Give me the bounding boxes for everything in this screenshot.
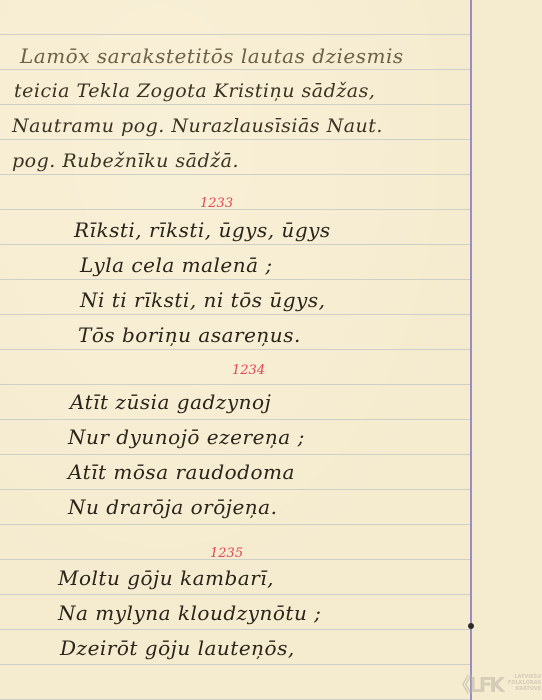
ruled-lines [0, 0, 470, 700]
song-line: Atīt zūsia gadzynoj [70, 390, 271, 414]
song-line: Na mylyna kloudzynōtu ; [58, 601, 321, 625]
song-line: Ni ti rīksti, ni tōs ūgys, [80, 288, 325, 312]
header-line-1: Lamōx sarakstetitōs lautas dziesmis [20, 44, 404, 68]
song-line: Rīksti, rīksti, ūgys, ūgys [74, 218, 331, 242]
song-line: Lyla cela malenā ; [80, 253, 273, 277]
song-line: Tōs boriņu asareņus. [78, 323, 301, 347]
song-number: 1234 [232, 363, 265, 378]
song-line: Dzeirōt gōju lauteņōs, [60, 636, 295, 660]
header-line-4: pog. Rubežnīku sādžā. [12, 150, 239, 172]
song-line: Nu drarōja orōjeņa. [68, 495, 277, 519]
lfk-logo-icon: 《LFK [452, 669, 502, 698]
watermark-line: KRĀTUVE [508, 686, 541, 692]
header-line-2: teicia Tekla Zogota Kristiņu sādžas, [14, 80, 375, 102]
margin-line [470, 0, 472, 700]
margin-dot [468, 623, 474, 629]
song-line: Nur dyunojō ezereņa ; [68, 425, 305, 449]
song-line: Atīt mōsa raudodoma [68, 460, 295, 484]
song-number: 1233 [200, 196, 233, 211]
watermark-text: LATVIEŠU FOLKLORAS KRĀTUVE [508, 674, 541, 692]
header-line-3: Nautramu pog. Nurazlausīsiās Naut. [12, 115, 383, 137]
song-line: Moltu gōju kambarī, [58, 566, 274, 590]
manuscript-page: Lamōx sarakstetitōs lautas dziesmis teic… [0, 0, 542, 700]
archive-watermark: 《LFK LATVIEŠU FOLKLORAS KRĀTUVE [452, 670, 540, 696]
song-number: 1235 [210, 546, 243, 561]
